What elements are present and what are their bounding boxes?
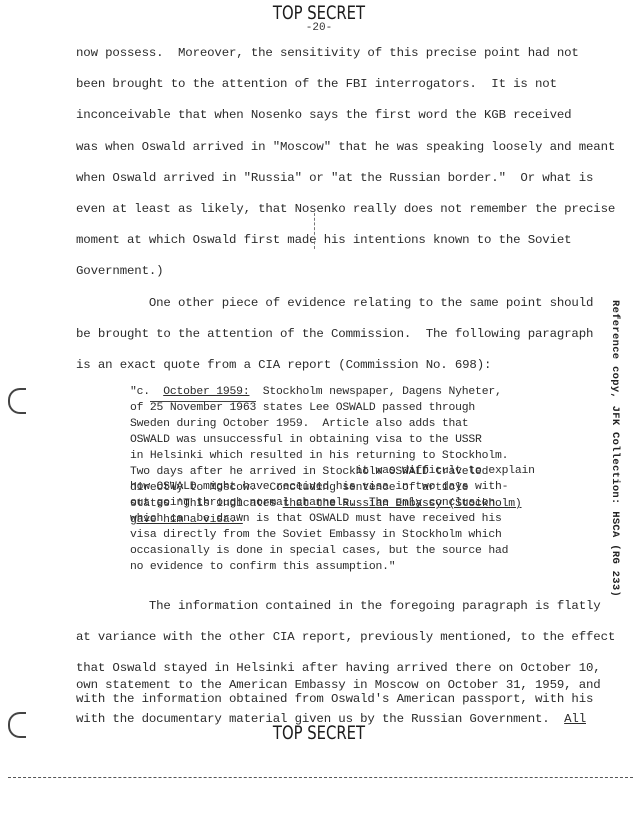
text-line: One other piece of evidence relating to … [76, 296, 593, 310]
quote-text: Stockholm newspaper, Dagens Nyheter, [249, 386, 501, 398]
quote-open: "c. [130, 386, 163, 398]
quote-line: how OSWALD might have received his visa … [130, 481, 508, 493]
text-line: with the information obtained from Oswal… [76, 692, 593, 706]
punch-hole-mark [8, 712, 26, 738]
margin-pencil-mark [314, 213, 315, 249]
text-line: own statement to the American Embassy in… [76, 678, 601, 692]
quote-date-overlined: 25 November 1963 [150, 401, 256, 414]
quote-text: of [130, 402, 150, 414]
quote-line: it was difficult to explain [130, 465, 535, 477]
page-number: -20- [0, 22, 638, 34]
quote-line: out going through normal channels. The o… [130, 497, 495, 509]
reference-note-text: Reference copy, JFK Collection: HSCA (RG… [609, 300, 621, 597]
text-line: is an exact quote from a CIA report (Com… [76, 358, 491, 372]
text-line: been brought to the attention of the FBI… [76, 77, 557, 91]
margin-reference-note: Reference copy, JFK Collection: HSCA (RG… [609, 300, 629, 600]
quote-line: occasionally is done in special cases, b… [130, 545, 508, 557]
quote-line: no evidence to confirm this assumption." [130, 561, 395, 573]
text-line: that Oswald stayed in Helsinki after hav… [76, 661, 601, 675]
classification-footer: TOP SECRET [70, 722, 568, 744]
punch-hole-mark [8, 388, 26, 414]
text-line: The information contained in the foregoi… [76, 599, 601, 613]
text-line: when Oswald arrived in "Russia" or "at t… [76, 171, 593, 185]
text-line: at variance with the other CIA report, p… [76, 630, 615, 644]
text-line: be brought to the attention of the Commi… [76, 327, 593, 341]
quote-date: October 1959: [163, 386, 249, 398]
quote-text: states Lee OSWALD passed through [256, 402, 475, 414]
quote-line: which can be drawn is that OSWALD must h… [130, 513, 502, 525]
text-line: was when Oswald arrived in "Moscow" that… [76, 140, 615, 154]
page-edge-rule [8, 777, 633, 778]
text-line: inconceivable that when Nosenko says the… [76, 108, 571, 122]
quote-line: OSWALD was unsuccessful in obtaining vis… [130, 434, 482, 446]
quote-line: in Helsinki which resulted in his return… [130, 450, 508, 462]
text-line: even at least as likely, that Nosenko re… [76, 202, 615, 216]
quote-line: "c. October 1959: Stockholm newspaper, D… [130, 386, 502, 398]
quote-line: of 25 November 1963 states Lee OSWALD pa… [130, 402, 475, 414]
quote-line: visa directly from the Soviet Embassy in… [130, 529, 502, 541]
text-line: moment at which Oswald first made his in… [76, 233, 571, 247]
text-line: now possess. Moreover, the sensitivity o… [76, 46, 579, 60]
classification-header: TOP SECRET [70, 2, 568, 24]
quote-line: Sweden during October 1959. Article also… [130, 418, 468, 430]
text-line: Government.) [76, 264, 163, 278]
